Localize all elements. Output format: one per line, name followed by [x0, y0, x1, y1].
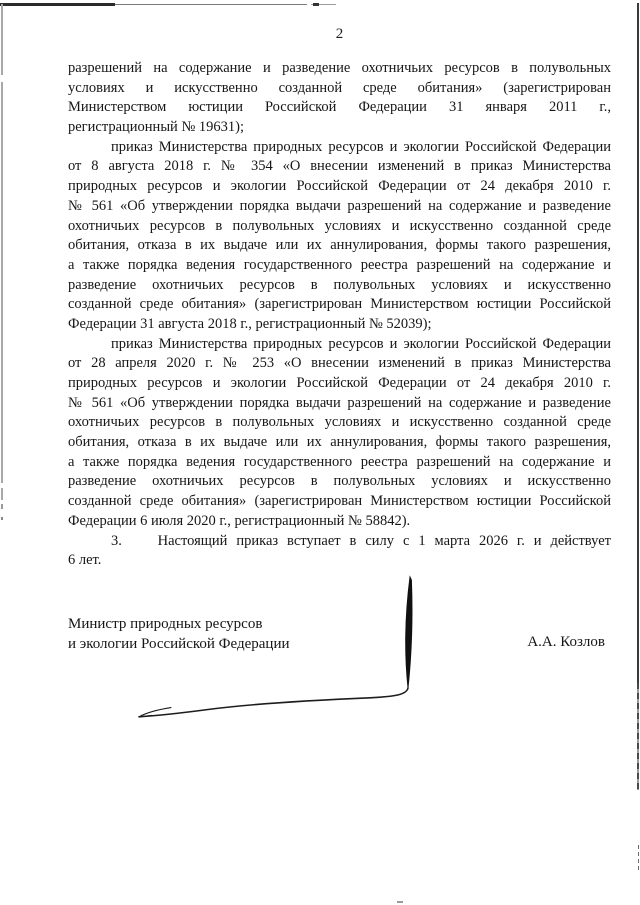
- text-line: № 561 «Об утверждении порядка выдачи раз…: [68, 197, 611, 217]
- text-line: Федерации 31 августа 2018 г., регистраци…: [68, 315, 611, 335]
- text-line: Федерации 6 июля 2020 г., регистрационны…: [68, 512, 611, 532]
- scan-artifact-right-dashes: [637, 683, 639, 790]
- scan-artifact-top-line-light: [115, 4, 307, 6]
- page-number: 2: [68, 26, 611, 43]
- text-line: приказ Министерства природных ресурсов и…: [68, 138, 611, 158]
- text-line: 6 лет.: [68, 551, 611, 571]
- text-line: от 8 августа 2018 г. № 354 «О внесении и…: [68, 157, 611, 177]
- text-line: созданной среде обитания» (зарегистриров…: [68, 295, 611, 315]
- text-line: созданной среде обитания» (зарегистриров…: [68, 492, 611, 512]
- scan-artifact-right-dashes: [638, 845, 640, 870]
- text-line: охотничьих ресурсов в полувольных услови…: [68, 217, 611, 237]
- document-body: разрешений на содержание и разведение ох…: [68, 59, 611, 571]
- text-line: разрешений на содержание и разведение ох…: [68, 59, 611, 79]
- scan-artifact-left-dot: [1, 504, 3, 509]
- scan-artifact-left-line: [1, 4, 3, 75]
- text-line: приказ Министерства природных ресурсов и…: [68, 335, 611, 355]
- scan-artifact-top-dot: [313, 3, 319, 6]
- scan-artifact-left-line: [1, 488, 3, 500]
- scan-artifact-left-dot: [1, 517, 3, 520]
- text-line: разведение охотничьих ресурсов в полувол…: [68, 276, 611, 296]
- text-line: от 28 апреля 2020 г. № 253 «О внесении и…: [68, 354, 611, 374]
- text-line: № 561 «Об утверждении порядка выдачи раз…: [68, 394, 611, 414]
- text-line: а также порядка ведения государственного…: [68, 453, 611, 473]
- text-line: Министерством юстиции Российской Федерац…: [68, 98, 611, 118]
- scan-artifact-top-segment: [311, 4, 336, 6]
- scan-artifact-right-line: [637, 3, 639, 683]
- text-line: обитания, отказа в их выдаче или их анну…: [68, 433, 611, 453]
- text-line: регистрационный № 19631);: [68, 118, 611, 138]
- scan-artifact-top-line: [0, 3, 115, 6]
- scan-artifact-bottom-dash: [397, 901, 403, 903]
- document-page: 2 разрешений на содержание и разведение …: [0, 0, 640, 905]
- text-line: природных ресурсов и экологии Российской…: [68, 374, 611, 394]
- text-line: а также порядка ведения государственного…: [68, 256, 611, 276]
- text-line: охотничьих ресурсов в полувольных услови…: [68, 413, 611, 433]
- text-line: разведение охотничьих ресурсов в полувол…: [68, 472, 611, 492]
- text-line: 3. Настоящий приказ вступает в силу с 1 …: [68, 532, 611, 552]
- text-line: обитания, отказа в их выдаче или их анну…: [68, 236, 611, 256]
- scan-artifact-left-line: [1, 82, 3, 483]
- signer-title-line1: Министр природных ресурсов: [68, 615, 290, 635]
- text-line: природных ресурсов и экологии Российской…: [68, 177, 611, 197]
- signer-name: А.А. Козлов: [68, 634, 605, 651]
- text-line: условиях и искусственно созданной среде …: [68, 79, 611, 99]
